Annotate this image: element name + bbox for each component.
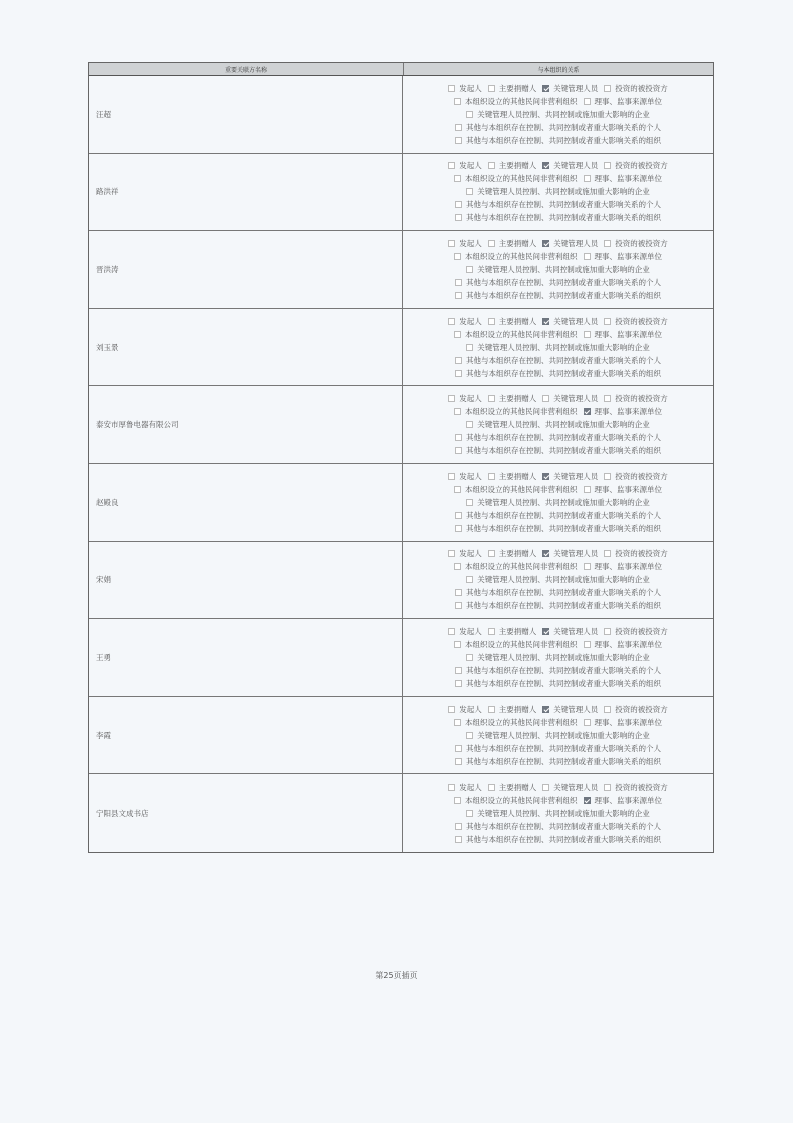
relationship-option[interactable]: 关键管理人员 [542,470,598,483]
table-row: 宋娟发起人主要捐赠人关键管理人员投资的被投资方本组织设立的其他民间非营利组织理事… [89,542,713,620]
option-label: 其他与本组织存在控制、共同控制或者重大影响关系的个人 [466,664,661,677]
option-label: 投资的被投资方 [615,781,668,794]
checkbox-icon[interactable] [448,162,455,169]
option-label: 本组织设立的其他民间非营利组织 [465,172,578,185]
relationship-option[interactable]: 理事、监事来源单位 [584,172,663,185]
checkbox-icon[interactable] [448,706,455,713]
option-label: 关键管理人员控制、共同控制或施加重大影响的企业 [477,418,650,431]
checkbox-icon[interactable] [455,137,462,144]
relationship-option[interactable]: 本组织设立的其他民间非营利组织 [454,483,578,496]
option-label: 投资的被投资方 [615,159,668,172]
relationship-option[interactable]: 其他与本组织存在控制、共同控制或者重大影响关系的个人 [455,198,661,211]
checkbox-icon[interactable] [455,589,462,596]
relationship-option[interactable]: 投资的被投资方 [604,82,668,95]
relationship-option[interactable]: 发起人 [448,625,482,638]
option-label: 发起人 [459,392,482,405]
option-label: 其他与本组织存在控制、共同控制或者重大影响关系的组织 [466,599,661,612]
relationship-option[interactable]: 投资的被投资方 [604,315,668,328]
option-label: 发起人 [459,82,482,95]
option-label: 其他与本组织存在控制、共同控制或者重大影响关系的组织 [466,134,661,147]
table-row: 王勇发起人主要捐赠人关键管理人员投资的被投资方本组织设立的其他民间非营利组织理事… [89,619,713,697]
checkbox-icon[interactable] [584,175,591,182]
option-label: 投资的被投资方 [615,703,668,716]
relationship-option[interactable]: 其他与本组织存在控制、共同控制或者重大影响关系的个人 [455,664,661,677]
relationship-option[interactable]: 关键管理人员控制、共同控制或施加重大影响的企业 [466,263,650,276]
relationship-option[interactable]: 本组织设立的其他民间非营利组织 [454,638,578,651]
relationship-option[interactable]: 其他与本组织存在控制、共同控制或者重大影响关系的个人 [455,820,661,833]
checkbox-icon[interactable] [604,85,611,92]
option-label: 关键管理人员 [553,315,598,328]
option-label: 主要捐赠人 [499,781,537,794]
relationship-option[interactable]: 主要捐赠人 [488,315,537,328]
checkbox-icon[interactable] [604,550,611,557]
relationship-option[interactable]: 关键管理人员 [542,547,598,560]
checkbox-icon[interactable] [448,85,455,92]
checkbox-icon[interactable] [454,253,461,260]
option-label: 主要捐赠人 [499,392,537,405]
option-label: 其他与本组织存在控制、共同控制或者重大影响关系的组织 [466,289,661,302]
relationship-option[interactable]: 关键管理人员控制、共同控制或施加重大影响的企业 [466,185,650,198]
relationship-option[interactable]: 其他与本组织存在控制、共同控制或者重大影响关系的个人 [455,431,661,444]
checkbox-icon[interactable] [604,628,611,635]
option-label: 本组织设立的其他民间非营利组织 [465,794,578,807]
checkbox-icon[interactable] [604,162,611,169]
checkbox-icon[interactable] [604,706,611,713]
option-label: 投资的被投资方 [615,82,668,95]
relationship-option[interactable]: 发起人 [448,237,482,250]
option-label: 关键管理人员控制、共同控制或施加重大影响的企业 [477,185,650,198]
option-label: 理事、监事来源单位 [595,716,663,729]
checkbox-icon[interactable] [488,240,495,247]
table-row: 赵殿良发起人主要捐赠人关键管理人员投资的被投资方本组织设立的其他民间非营利组织理… [89,464,713,542]
relationship-option[interactable]: 其他与本组织存在控制、共同控制或者重大影响关系的个人 [455,121,661,134]
checkbox-icon[interactable] [455,201,462,208]
checkbox-icon[interactable] [584,641,591,648]
checkbox-icon[interactable] [455,758,462,765]
option-label: 其他与本组织存在控制、共同控制或者重大影响关系的个人 [466,198,661,211]
option-label: 本组织设立的其他民间非营利组织 [465,328,578,341]
checkbox-icon[interactable] [542,784,549,791]
checkbox-icon[interactable] [488,395,495,402]
relationship-option[interactable]: 主要捐赠人 [488,470,537,483]
option-label: 主要捐赠人 [499,547,537,560]
option-label: 关键管理人员 [553,392,598,405]
relationship-option[interactable]: 理事、监事来源单位 [584,716,663,729]
relationship-option[interactable]: 关键管理人员控制、共同控制或施加重大影响的企业 [466,108,650,121]
checkbox-icon[interactable] [448,318,455,325]
relationship-option[interactable]: 发起人 [448,547,482,560]
checkbox-icon[interactable] [488,550,495,557]
checkbox-icon[interactable] [488,706,495,713]
related-party-name: 王勇 [89,619,403,696]
option-label: 关键管理人员控制、共同控制或施加重大影响的企业 [477,651,650,664]
relationship-options: 发起人主要捐赠人关键管理人员投资的被投资方本组织设立的其他民间非营利组织理事、监… [403,154,713,231]
relationship-option[interactable]: 关键管理人员控制、共同控制或施加重大影响的企业 [466,573,650,586]
option-label: 主要捐赠人 [499,82,537,95]
relationship-option[interactable]: 主要捐赠人 [488,781,537,794]
relationship-option[interactable]: 关键管理人员控制、共同控制或施加重大影响的企业 [466,418,650,431]
relationship-option[interactable]: 关键管理人员控制、共同控制或施加重大影响的企业 [466,496,650,509]
checkbox-checked-icon[interactable] [542,628,549,635]
option-label: 关键管理人员控制、共同控制或施加重大影响的企业 [477,341,650,354]
relationship-option[interactable]: 理事、监事来源单位 [584,560,663,573]
option-label: 其他与本组织存在控制、共同控制或者重大影响关系的个人 [466,509,661,522]
option-label: 其他与本组织存在控制、共同控制或者重大影响关系的个人 [466,354,661,367]
option-label: 其他与本组织存在控制、共同控制或者重大影响关系的个人 [466,820,661,833]
option-label: 其他与本组织存在控制、共同控制或者重大影响关系的个人 [466,276,661,289]
option-label: 发起人 [459,315,482,328]
relationship-options: 发起人主要捐赠人关键管理人员投资的被投资方本组织设立的其他民间非营利组织理事、监… [403,619,713,696]
checkbox-icon[interactable] [466,111,473,118]
relationship-option[interactable]: 关键管理人员 [542,159,598,172]
option-label: 理事、监事来源单位 [595,405,663,418]
relationship-option[interactable]: 发起人 [448,159,482,172]
option-label: 主要捐赠人 [499,159,537,172]
option-label: 发起人 [459,703,482,716]
checkbox-icon[interactable] [454,486,461,493]
checkbox-checked-icon[interactable] [542,240,549,247]
option-label: 发起人 [459,159,482,172]
option-label: 关键管理人员控制、共同控制或施加重大影响的企业 [477,496,650,509]
option-label: 投资的被投资方 [615,237,668,250]
option-label: 其他与本组织存在控制、共同控制或者重大影响关系的组织 [466,677,661,690]
relationship-options: 发起人主要捐赠人关键管理人员投资的被投资方本组织设立的其他民间非营利组织理事、监… [403,309,713,386]
option-label: 理事、监事来源单位 [595,560,663,573]
relationship-option[interactable]: 本组织设立的其他民间非营利组织 [454,250,578,263]
relationship-option[interactable]: 理事、监事来源单位 [584,405,663,418]
relationship-option[interactable]: 投资的被投资方 [604,470,668,483]
table-body: 汪超发起人主要捐赠人关键管理人员投资的被投资方本组织设立的其他民间非营利组织理事… [89,76,713,852]
checkbox-icon[interactable] [455,447,462,454]
checkbox-icon[interactable] [488,473,495,480]
checkbox-icon[interactable] [466,421,473,428]
option-label: 发起人 [459,237,482,250]
checkbox-icon[interactable] [466,732,473,739]
relationship-option[interactable]: 投资的被投资方 [604,625,668,638]
option-label: 主要捐赠人 [499,470,537,483]
relationship-option[interactable]: 主要捐赠人 [488,82,537,95]
option-label: 理事、监事来源单位 [595,328,663,341]
option-label: 理事、监事来源单位 [595,483,663,496]
related-party-name: 宋娟 [89,542,403,619]
option-label: 本组织设立的其他民间非营利组织 [465,483,578,496]
relationship-option[interactable]: 投资的被投资方 [604,547,668,560]
relationship-option[interactable]: 关键管理人员 [542,781,598,794]
checkbox-checked-icon[interactable] [542,706,549,713]
option-label: 理事、监事来源单位 [595,638,663,651]
option-label: 主要捐赠人 [499,625,537,638]
checkbox-icon[interactable] [488,318,495,325]
checkbox-icon[interactable] [455,512,462,519]
relationship-option[interactable]: 主要捐赠人 [488,392,537,405]
option-label: 本组织设立的其他民间非营利组织 [465,638,578,651]
checkbox-icon[interactable] [466,344,473,351]
relationship-option[interactable]: 本组织设立的其他民间非营利组织 [454,794,578,807]
option-label: 投资的被投资方 [615,315,668,328]
related-party-name: 赵殿良 [89,464,403,541]
checkbox-icon[interactable] [584,719,591,726]
checkbox-icon[interactable] [455,357,462,364]
checkbox-icon[interactable] [454,331,461,338]
checkbox-icon[interactable] [455,292,462,299]
option-label: 其他与本组织存在控制、共同控制或者重大影响关系的个人 [466,121,661,134]
checkbox-icon[interactable] [604,784,611,791]
option-label: 发起人 [459,781,482,794]
relationship-option[interactable]: 关键管理人员 [542,703,598,716]
option-label: 发起人 [459,547,482,560]
relationship-option[interactable]: 投资的被投资方 [604,237,668,250]
checkbox-icon[interactable] [448,473,455,480]
relationship-options: 发起人主要捐赠人关键管理人员投资的被投资方本组织设立的其他民间非营利组织理事、监… [403,386,713,463]
option-label: 理事、监事来源单位 [595,794,663,807]
related-party-name: 刘玉景 [89,309,403,386]
option-label: 投资的被投资方 [615,470,668,483]
relationship-options: 发起人主要捐赠人关键管理人员投资的被投资方本组织设立的其他民间非营利组织理事、监… [403,231,713,308]
relationship-option[interactable]: 其他与本组织存在控制、共同控制或者重大影响关系的组织 [455,677,661,690]
checkbox-icon[interactable] [584,98,591,105]
table-header: 重要关联方名称 与本组织的关系 [89,63,713,76]
relationship-option[interactable]: 其他与本组织存在控制、共同控制或者重大影响关系的组织 [455,289,661,302]
option-label: 本组织设立的其他民间非营利组织 [465,560,578,573]
checkbox-icon[interactable] [488,162,495,169]
option-label: 本组织设立的其他民间非营利组织 [465,405,578,418]
checkbox-icon[interactable] [448,240,455,247]
checkbox-icon[interactable] [455,124,462,131]
relationship-option[interactable]: 关键管理人员 [542,82,598,95]
relationship-option[interactable]: 投资的被投资方 [604,392,668,405]
checkbox-icon[interactable] [584,253,591,260]
option-label: 其他与本组织存在控制、共同控制或者重大影响关系的组织 [466,522,661,535]
relationship-option[interactable]: 关键管理人员 [542,625,598,638]
checkbox-icon[interactable] [454,719,461,726]
option-label: 投资的被投资方 [615,625,668,638]
option-label: 关键管理人员 [553,625,598,638]
page-number: 第25页插页 [0,970,793,981]
relationship-option[interactable]: 本组织设立的其他民间非营利组织 [454,405,578,418]
relationship-option[interactable]: 投资的被投资方 [604,703,668,716]
checkbox-icon[interactable] [455,680,462,687]
checkbox-icon[interactable] [454,641,461,648]
table-row: 宁阳县文成书店发起人主要捐赠人关键管理人员投资的被投资方本组织设立的其他民间非营… [89,774,713,852]
relationship-option[interactable]: 主要捐赠人 [488,547,537,560]
relationship-option[interactable]: 关键管理人员控制、共同控制或施加重大影响的企业 [466,807,650,820]
checkbox-icon[interactable] [466,576,473,583]
checkbox-icon[interactable] [448,395,455,402]
checkbox-icon[interactable] [604,240,611,247]
option-label: 理事、监事来源单位 [595,172,663,185]
option-label: 投资的被投资方 [615,547,668,560]
relationship-option[interactable]: 发起人 [448,82,482,95]
relationship-option[interactable]: 发起人 [448,315,482,328]
option-label: 本组织设立的其他民间非营利组织 [465,716,578,729]
relationship-option[interactable]: 本组织设立的其他民间非营利组织 [454,95,578,108]
relationship-option[interactable]: 发起人 [448,470,482,483]
relationship-option[interactable]: 理事、监事来源单位 [584,638,663,651]
option-label: 理事、监事来源单位 [595,95,663,108]
checkbox-icon[interactable] [455,370,462,377]
header-related-party-name: 重要关联方名称 [89,63,404,75]
option-label: 其他与本组织存在控制、共同控制或者重大影响关系的组织 [466,367,661,380]
option-label: 其他与本组织存在控制、共同控制或者重大影响关系的组织 [466,211,661,224]
checkbox-icon[interactable] [584,486,591,493]
checkbox-icon[interactable] [448,784,455,791]
checkbox-icon[interactable] [455,525,462,532]
checkbox-icon[interactable] [542,395,549,402]
relationship-option[interactable]: 理事、监事来源单位 [584,250,663,263]
relationship-option[interactable]: 关键管理人员 [542,237,598,250]
checkbox-checked-icon[interactable] [542,473,549,480]
checkbox-icon[interactable] [488,85,495,92]
checkbox-icon[interactable] [466,499,473,506]
related-party-table: 重要关联方名称 与本组织的关系 汪超发起人主要捐赠人关键管理人员投资的被投资方本… [88,62,714,853]
relationship-options: 发起人主要捐赠人关键管理人员投资的被投资方本组织设立的其他民间非营利组织理事、监… [403,76,713,153]
checkbox-icon[interactable] [466,654,473,661]
checkbox-icon[interactable] [455,823,462,830]
relationship-option[interactable]: 其他与本组织存在控制、共同控制或者重大影响关系的个人 [455,742,661,755]
option-label: 其他与本组织存在控制、共同控制或者重大影响关系的个人 [466,586,661,599]
relationship-option[interactable]: 其他与本组织存在控制、共同控制或者重大影响关系的个人 [455,354,661,367]
relationship-option[interactable]: 发起人 [448,781,482,794]
relationship-options: 发起人主要捐赠人关键管理人员投资的被投资方本组织设立的其他民间非营利组织理事、监… [403,542,713,619]
relationship-option[interactable]: 理事、监事来源单位 [584,328,663,341]
checkbox-icon[interactable] [604,318,611,325]
option-label: 关键管理人员 [553,703,598,716]
option-label: 关键管理人员控制、共同控制或施加重大影响的企业 [477,263,650,276]
relationship-option[interactable]: 其他与本组织存在控制、共同控制或者重大影响关系的组织 [455,134,661,147]
checkbox-icon[interactable] [448,550,455,557]
checkbox-checked-icon[interactable] [584,408,591,415]
checkbox-icon[interactable] [454,98,461,105]
checkbox-icon[interactable] [488,784,495,791]
related-party-name: 汪超 [89,76,403,153]
checkbox-icon[interactable] [455,434,462,441]
relationship-option[interactable]: 发起人 [448,392,482,405]
option-label: 关键管理人员 [553,547,598,560]
option-label: 主要捐赠人 [499,315,537,328]
checkbox-checked-icon[interactable] [542,162,549,169]
checkbox-icon[interactable] [488,628,495,635]
option-label: 关键管理人员 [553,781,598,794]
relationship-option[interactable]: 主要捐赠人 [488,703,537,716]
checkbox-icon[interactable] [466,188,473,195]
checkbox-icon[interactable] [604,395,611,402]
checkbox-icon[interactable] [584,331,591,338]
header-relationship: 与本组织的关系 [404,63,713,75]
relationship-option[interactable]: 投资的被投资方 [604,159,668,172]
relationship-options: 发起人主要捐赠人关键管理人员投资的被投资方本组织设立的其他民间非营利组织理事、监… [403,697,713,774]
option-label: 关键管理人员控制、共同控制或施加重大影响的企业 [477,108,650,121]
related-party-name: 泰安市厚鲁电器有限公司 [89,386,403,463]
checkbox-icon[interactable] [454,797,461,804]
relationship-option[interactable]: 关键管理人员控制、共同控制或施加重大影响的企业 [466,651,650,664]
relationship-option[interactable]: 主要捐赠人 [488,237,537,250]
relationship-option[interactable]: 发起人 [448,703,482,716]
relationship-option[interactable]: 其他与本组织存在控制、共同控制或者重大影响关系的组织 [455,755,661,768]
relationship-option[interactable]: 主要捐赠人 [488,625,537,638]
option-label: 关键管理人员 [553,82,598,95]
relationship-option[interactable]: 理事、监事来源单位 [584,794,663,807]
option-label: 其他与本组织存在控制、共同控制或者重大影响关系的组织 [466,833,661,846]
checkbox-icon[interactable] [455,836,462,843]
relationship-option[interactable]: 关键管理人员控制、共同控制或施加重大影响的企业 [466,729,650,742]
relationship-option[interactable]: 本组织设立的其他民间非营利组织 [454,716,578,729]
checkbox-icon[interactable] [455,667,462,674]
relationship-option[interactable]: 其他与本组织存在控制、共同控制或者重大影响关系的组织 [455,833,661,846]
option-label: 关键管理人员 [553,470,598,483]
relationship-option[interactable]: 本组织设立的其他民间非营利组织 [454,172,578,185]
relationship-option[interactable]: 其他与本组织存在控制、共同控制或者重大影响关系的组织 [455,367,661,380]
related-party-name: 路洪祥 [89,154,403,231]
relationship-option[interactable]: 理事、监事来源单位 [584,483,663,496]
relationship-option[interactable]: 关键管理人员控制、共同控制或施加重大影响的企业 [466,341,650,354]
checkbox-icon[interactable] [455,602,462,609]
table-row: 晋洪涛发起人主要捐赠人关键管理人员投资的被投资方本组织设立的其他民间非营利组织理… [89,231,713,309]
relationship-option[interactable]: 关键管理人员 [542,315,598,328]
relationship-option[interactable]: 理事、监事来源单位 [584,95,663,108]
option-label: 关键管理人员控制、共同控制或施加重大影响的企业 [477,573,650,586]
relationship-option[interactable]: 其他与本组织存在控制、共同控制或者重大影响关系的个人 [455,586,661,599]
option-label: 发起人 [459,470,482,483]
table-row: 刘玉景发起人主要捐赠人关键管理人员投资的被投资方本组织设立的其他民间非营利组织理… [89,309,713,387]
checkbox-checked-icon[interactable] [542,550,549,557]
checkbox-icon[interactable] [454,408,461,415]
checkbox-checked-icon[interactable] [542,85,549,92]
relationship-option[interactable]: 投资的被投资方 [604,781,668,794]
checkbox-icon[interactable] [448,628,455,635]
option-label: 理事、监事来源单位 [595,250,663,263]
relationship-option[interactable]: 关键管理人员 [542,392,598,405]
relationship-option[interactable]: 其他与本组织存在控制、共同控制或者重大影响关系的组织 [455,599,661,612]
relationship-option[interactable]: 其他与本组织存在控制、共同控制或者重大影响关系的个人 [455,276,661,289]
relationship-option[interactable]: 其他与本组织存在控制、共同控制或者重大影响关系的个人 [455,509,661,522]
option-label: 其他与本组织存在控制、共同控制或者重大影响关系的组织 [466,755,661,768]
option-label: 本组织设立的其他民间非营利组织 [465,250,578,263]
checkbox-icon[interactable] [455,745,462,752]
related-party-name: 晋洪涛 [89,231,403,308]
checkbox-icon[interactable] [584,563,591,570]
option-label: 其他与本组织存在控制、共同控制或者重大影响关系的个人 [466,431,661,444]
option-label: 关键管理人员 [553,159,598,172]
option-label: 关键管理人员 [553,237,598,250]
relationship-options: 发起人主要捐赠人关键管理人员投资的被投资方本组织设立的其他民间非营利组织理事、监… [403,774,713,852]
checkbox-icon[interactable] [454,175,461,182]
option-label: 关键管理人员控制、共同控制或施加重大影响的企业 [477,729,650,742]
relationship-option[interactable]: 其他与本组织存在控制、共同控制或者重大影响关系的组织 [455,522,661,535]
option-label: 投资的被投资方 [615,392,668,405]
checkbox-icon[interactable] [466,810,473,817]
relationship-option[interactable]: 本组织设立的其他民间非营利组织 [454,328,578,341]
option-label: 主要捐赠人 [499,237,537,250]
option-label: 其他与本组织存在控制、共同控制或者重大影响关系的个人 [466,742,661,755]
checkbox-checked-icon[interactable] [542,318,549,325]
checkbox-icon[interactable] [604,473,611,480]
related-party-name: 李霞 [89,697,403,774]
checkbox-icon[interactable] [455,279,462,286]
table-row: 泰安市厚鲁电器有限公司发起人主要捐赠人关键管理人员投资的被投资方本组织设立的其他… [89,386,713,464]
related-party-name: 宁阳县文成书店 [89,774,403,852]
checkbox-checked-icon[interactable] [584,797,591,804]
relationship-option[interactable]: 其他与本组织存在控制、共同控制或者重大影响关系的组织 [455,211,661,224]
option-label: 发起人 [459,625,482,638]
option-label: 本组织设立的其他民间非营利组织 [465,95,578,108]
table-row: 路洪祥发起人主要捐赠人关键管理人员投资的被投资方本组织设立的其他民间非营利组织理… [89,154,713,232]
checkbox-icon[interactable] [455,214,462,221]
checkbox-icon[interactable] [466,266,473,273]
relationship-option[interactable]: 其他与本组织存在控制、共同控制或者重大影响关系的组织 [455,444,661,457]
relationship-option[interactable]: 主要捐赠人 [488,159,537,172]
checkbox-icon[interactable] [454,563,461,570]
relationship-option[interactable]: 本组织设立的其他民间非营利组织 [454,560,578,573]
